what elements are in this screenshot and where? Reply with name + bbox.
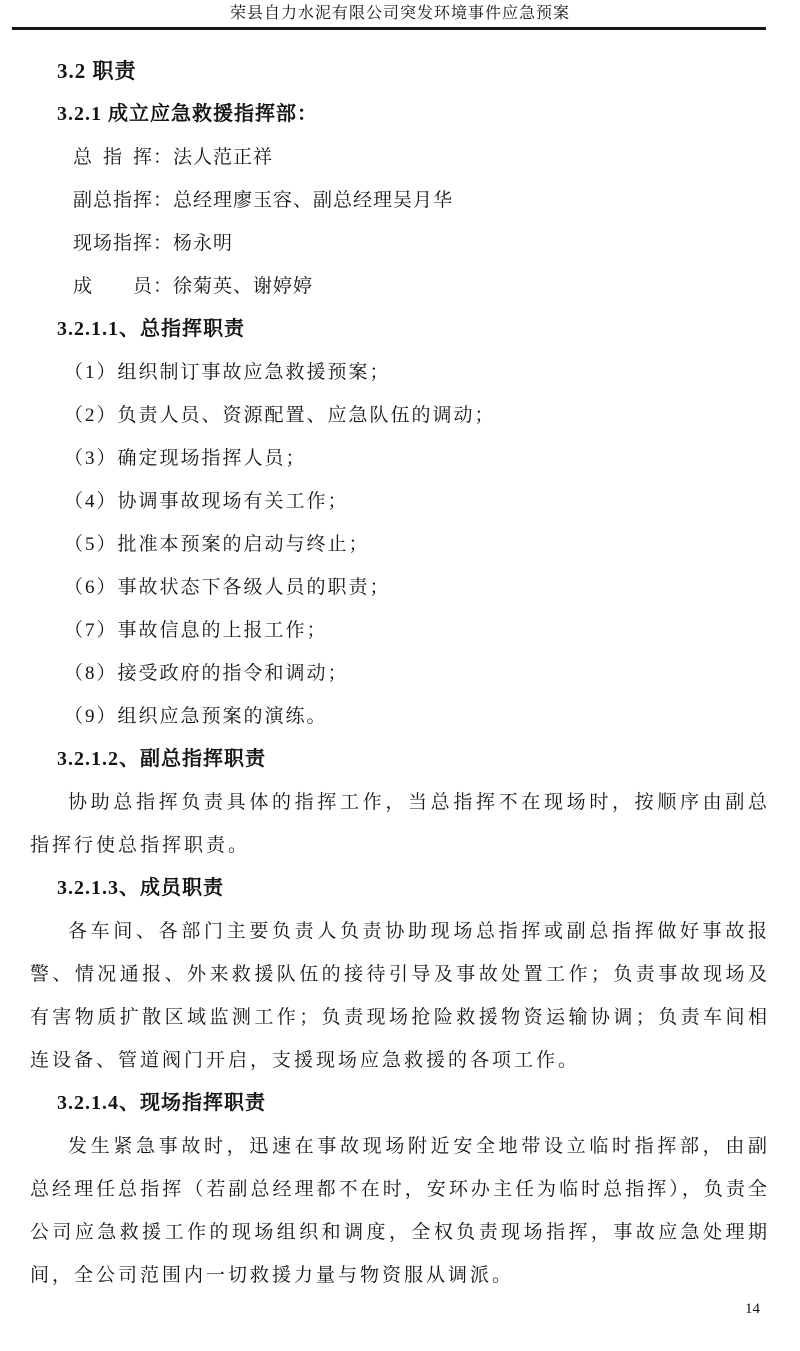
roster-line-members: 成员：徐菊英、谢婷婷 <box>30 265 770 308</box>
roster-separator: ： <box>153 233 173 254</box>
roster-value: 杨永明 <box>173 233 233 254</box>
roster-label: 现场指挥 <box>73 222 153 265</box>
header-rule <box>12 27 766 30</box>
duty-item-4: （4）协调事故现场有关工作； <box>30 480 770 523</box>
paragraph-deputy-commander-duties: 协助总指挥负责具体的指挥工作，当总指挥不在现场时，按顺序由副总指挥行使总指挥职责… <box>30 781 770 867</box>
document-header-title: 荣县自力水泥有限公司突发环境事件应急预案 <box>0 4 800 24</box>
duty-item-6: （6）事故状态下各级人员的职责； <box>30 566 770 609</box>
roster-line-deputy-commander: 副总指挥：总经理廖玉容、副总经理吴月华 <box>30 179 770 222</box>
paragraph-member-duties: 各车间、各部门主要负责人负责协助现场总指挥或副总指挥做好事故报警、情况通报、外来… <box>30 910 770 1082</box>
duty-item-8: （8）接受政府的指令和调动； <box>30 652 770 695</box>
document-page: 荣县自力水泥有限公司突发环境事件应急预案 3.2 职责 3.2.1 成立应急救援… <box>0 0 800 1351</box>
duty-item-7: （7）事故信息的上报工作； <box>30 609 770 652</box>
document-body: 3.2 职责 3.2.1 成立应急救援指挥部： 总指挥：法人范正祥 副总指挥：总… <box>30 50 770 1297</box>
roster-separator: ： <box>153 276 173 297</box>
roster-label: 成员 <box>73 265 153 308</box>
roster-label: 副总指挥 <box>73 179 153 222</box>
duty-item-3: （3）确定现场指挥人员； <box>30 437 770 480</box>
command-roster: 总指挥：法人范正祥 副总指挥：总经理廖玉容、副总经理吴月华 现场指挥：杨永明 成… <box>30 136 770 308</box>
heading-3-2: 3.2 职责 <box>30 50 770 93</box>
roster-value: 总经理廖玉容、副总经理吴月华 <box>173 190 453 211</box>
roster-label: 总指挥 <box>73 136 153 179</box>
duty-item-9: （9）组织应急预案的演练。 <box>30 695 770 738</box>
page-number: 14 <box>745 1300 760 1318</box>
chief-commander-duties-list: （1）组织制订事故应急救援预案； （2）负责人员、资源配置、应急队伍的调动； （… <box>30 351 770 738</box>
roster-value: 法人范正祥 <box>173 147 273 168</box>
duty-item-2: （2）负责人员、资源配置、应急队伍的调动； <box>30 394 770 437</box>
roster-value: 徐菊英、谢婷婷 <box>173 276 313 297</box>
heading-3-2-1-4: 3.2.1.4、现场指挥职责 <box>30 1082 770 1125</box>
paragraph-site-commander-duties: 发生紧急事故时，迅速在事故现场附近安全地带设立临时指挥部，由副总经理任总指挥（若… <box>30 1125 770 1297</box>
heading-3-2-1-1: 3.2.1.1、总指挥职责 <box>30 308 770 351</box>
roster-line-chief-commander: 总指挥：法人范正祥 <box>30 136 770 179</box>
roster-separator: ： <box>153 190 173 211</box>
heading-3-2-1-3: 3.2.1.3、成员职责 <box>30 867 770 910</box>
duty-item-5: （5）批准本预案的启动与终止； <box>30 523 770 566</box>
roster-separator: ： <box>153 147 173 168</box>
heading-3-2-1: 3.2.1 成立应急救援指挥部： <box>30 93 770 136</box>
document-header: 荣县自力水泥有限公司突发环境事件应急预案 <box>0 0 800 30</box>
roster-line-site-commander: 现场指挥：杨永明 <box>30 222 770 265</box>
heading-3-2-1-2: 3.2.1.2、副总指挥职责 <box>30 738 770 781</box>
duty-item-1: （1）组织制订事故应急救援预案； <box>30 351 770 394</box>
